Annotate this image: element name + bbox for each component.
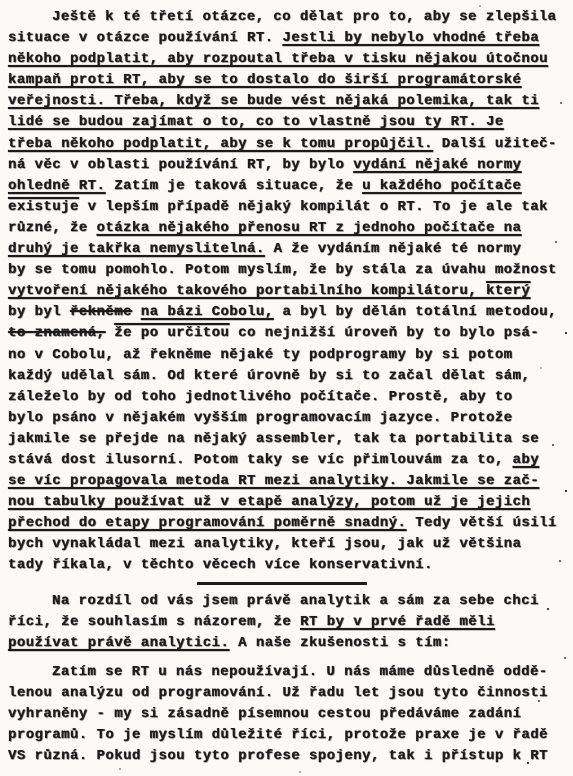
text-line: no v Cobolu, až řekněme nějaké ty podpro… (8, 345, 559, 366)
text-line: vyhraněny - my si zásadně písemnou cesto… (8, 704, 559, 725)
text-segment: by se tomu pomohlo. Potom myslím, že by … (8, 262, 557, 278)
text-line: ohledně RT. Zatím je taková situace, že … (8, 176, 559, 197)
underlined-text: třeba někoho podplatit, aby se k tomu pr… (8, 136, 433, 152)
text-line: kampaň proti RT, aby se to dostalo do ši… (8, 70, 559, 91)
text-line: třeba někoho podplatit, aby se k tomu pr… (8, 134, 559, 155)
text-segment: Další užiteč- (433, 136, 557, 152)
text-segment: stává dost ilusorní. Potom taky se víc p… (8, 452, 513, 468)
text-segment: Zatím je taková situace, že (105, 178, 362, 194)
text-line: bych vynakládal mezi analytiky, kteří js… (8, 534, 559, 555)
text-segment: Tedy větší úsilí (406, 515, 556, 531)
underlined-text: přechod do etapy programování poměrně sn… (8, 515, 406, 531)
text-line: bylo psáno v nějakém vyšším programovací… (8, 408, 559, 429)
text-line: situace v otázce používání RT. Jestli by… (8, 28, 559, 49)
underlined-text: kampaň proti RT, aby se to dostalo do ši… (8, 72, 521, 88)
text-line: říci, že souhlasím s názorem, že RT by v… (8, 612, 559, 633)
text-segment: v lepším případě nějaký kompilát o RT. T… (79, 199, 548, 215)
underlined-text: vytvoření nějakého takového portabilního… (8, 283, 486, 299)
text-segment: a byl by dělán totální metodou, (274, 304, 557, 320)
text-line: tady říkala, v těchto věcech více konser… (8, 555, 559, 576)
text-line: programů. To je myslím důležité říci, pr… (8, 725, 559, 746)
text-line: Ještě k té třetí otázce, co dělat pro to… (8, 7, 559, 28)
text-line: stává dost ilusorní. Potom taky se víc p… (8, 450, 559, 471)
text-segment: ná věc v oblasti používání RT, by bylo (8, 157, 353, 173)
text-segment: programů. To je myslím důležité říci, pr… (8, 727, 548, 743)
text-line: záleželo by od toho jednotlivého počítač… (8, 387, 559, 408)
text-line: by se tomu pomohlo. Potom myslím, že by … (8, 260, 559, 281)
text-segment: by byl (8, 304, 70, 320)
text-segment: A naše zkušenosti s tím: (229, 635, 450, 651)
text-segment: VS různá. Pokud jsou tyto profese spojen… (8, 748, 548, 764)
underlined-text: aby (513, 452, 540, 468)
text-line: různé, že otázka nějakého přenosu RT z j… (8, 218, 559, 239)
text-segment: tady říkala, v těchto věcech více konser… (8, 557, 433, 573)
text-line: používat právě analytici. A naše zkušeno… (8, 633, 559, 654)
text-line: se víc propagovala metoda RT mezi analyt… (8, 471, 559, 492)
text-segment (105, 325, 114, 341)
underlined-text: lidé se budou zajímat o to, co to vlastn… (8, 114, 504, 130)
underlined-text: řekněme (70, 304, 132, 320)
underlined-text: se víc propagovala metoda RT mezi analyt… (8, 473, 539, 489)
text-line: lenou analýzu od programování. Už řadu l… (8, 683, 559, 704)
divider-line (197, 582, 367, 585)
text-segment: záleželo by od toho jednotlivého počítač… (8, 389, 513, 405)
text-segment: Ještě k té třetí otázce, co dělat pro to… (52, 9, 557, 25)
text-line: Na rozdíl od vás jsem právě analytik a s… (8, 591, 559, 612)
underlined-text: u každého počítače (362, 178, 521, 194)
underlined-text: Jestli by nebylo vhodné třeba (282, 30, 539, 46)
text-segment: Na rozdíl od vás jsem právě analytik a s… (52, 593, 539, 609)
underlined-text: používat právě analytici. (8, 635, 229, 651)
text-line: někoho podplatit, aby rozpoutal třeba v … (8, 49, 559, 70)
scanned-page: Ještě k té třetí otázce, co dělat pro to… (0, 0, 573, 776)
text-line: druhý je takřka nemyslitelná. A že vydán… (8, 239, 559, 260)
section-divider (8, 577, 559, 591)
text-segment: různé, že (8, 220, 97, 236)
text-segment: jakmile se přejde na nějaký assembler, t… (8, 431, 539, 447)
text-line: přechod do etapy programování poměrně sn… (8, 513, 559, 534)
text-line: každý udělal sám. Od které úrovně by si … (8, 366, 559, 387)
underlined-text: který (486, 283, 530, 299)
text-segment: no v Cobolu, až řekněme nějaké ty podpro… (8, 347, 513, 363)
text-segment: vyhraněny - my si zásadně písemnou cesto… (8, 706, 521, 722)
text-line: ná věc v oblasti používání RT, by bylo v… (8, 155, 559, 176)
underlined-text: druhý je takřka nemyslitelná. (8, 241, 265, 257)
text-line: lidé se budou zajímat o to, co to vlastn… (8, 112, 559, 133)
text-line: nou tabulky používat už v etapě analýzy,… (8, 492, 559, 513)
underlined-text: ohledně RT. (8, 178, 105, 194)
text-line: jakmile se přejde na nějaký assembler, t… (8, 429, 559, 450)
underlined-text: to znamená, (8, 325, 105, 341)
text-line: to znamená, že po určitou co nejnižší úr… (8, 323, 559, 344)
text-segment: každý udělal sám. Od které úrovně by si … (8, 368, 530, 384)
document-text: Ještě k té třetí otázce, co dělat pro to… (0, 0, 573, 767)
text-segment: A že vydáním nějaké té normy (265, 241, 522, 257)
text-segment: Zatím se RT u nás nepoužívají. U nás mám… (52, 664, 548, 680)
underlined-text: že po určitou (114, 325, 229, 341)
text-segment: bych vynakládal mezi analytiky, kteří js… (8, 536, 521, 552)
text-line: VS různá. Pokud jsou tyto profese spojen… (8, 746, 559, 767)
underlined-text: na bázi Cobolu, (141, 304, 274, 320)
text-line: Zatím se RT u nás nepoužívají. U nás mám… (8, 662, 559, 683)
text-segment: situace v otázce používání RT. (8, 30, 282, 46)
text-line: by byl řekněme na bázi Cobolu, a byl by … (8, 302, 559, 323)
underlined-text: otázka nějakého přenosu RT z jednoho poč… (97, 220, 522, 236)
text-line: existuje v lepším případě nějaký kompilá… (8, 197, 559, 218)
text-segment: co nejnižší úroveň by to bylo psá- (229, 325, 539, 341)
text-line: vytvoření nějakého takového portabilního… (8, 281, 559, 302)
text-segment: lenou analýzu od programování. Už řadu l… (8, 685, 548, 701)
text-segment: říci, že souhlasím s názorem, že (8, 614, 300, 630)
underlined-text: nou tabulky používat už v etapě analýzy,… (8, 494, 530, 510)
underlined-text: existuje (8, 199, 79, 215)
underlined-text: RT by v prvé řadě měli (300, 614, 495, 630)
text-segment (132, 304, 141, 320)
text-segment: bylo psáno v nějakém vyšším programovací… (8, 410, 513, 426)
underlined-text: vydání nějaké normy (353, 157, 521, 173)
text-line: veřejnosti. Třeba, když se bude vést něj… (8, 91, 559, 112)
underlined-text: veřejnosti. Třeba, když se bude vést něj… (8, 93, 539, 109)
underlined-text: někoho podplatit, aby rozpoutal třeba v … (8, 51, 548, 67)
